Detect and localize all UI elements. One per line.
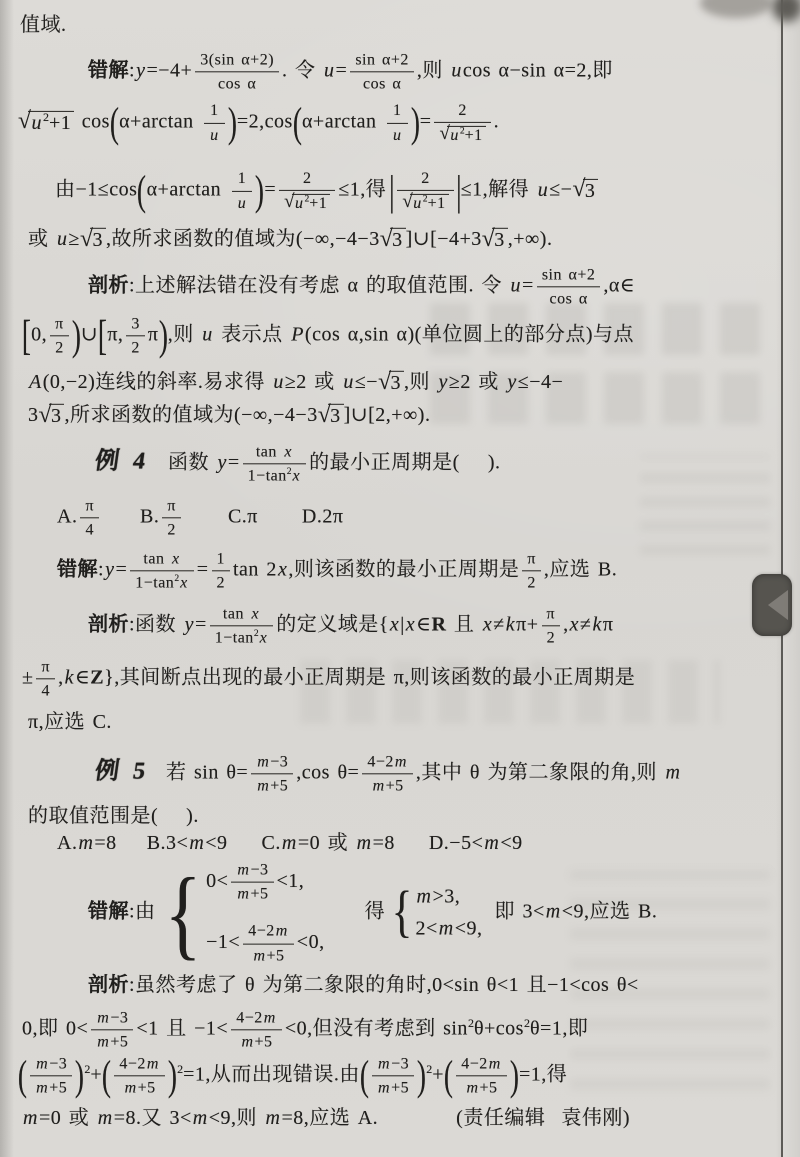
scan-smudge — [772, 0, 800, 22]
text-line: 剖析:虽然考虑了 θ 为第二象限的角时,0<sin θ<1 且−1<cos θ< — [88, 972, 639, 998]
text-line: 剖析:函数 y=tan x1−tan2x的定义域是{x|x∈R 且 x≠kπ+π… — [88, 602, 614, 649]
text-line: π,应选 C. — [28, 709, 112, 735]
text-line: 由−1≤cos(α+arctan 1u)=2√u2+1≤1,得|2√u2+1|≤… — [55, 167, 598, 215]
text-line: √u2+1 cos(α+arctan 1u)=2,cos(α+arctan 1u… — [18, 99, 499, 147]
text-line: 值域. — [20, 12, 67, 38]
text-line: 例 4函数 y=tan x1−tan2x的最小正周期是(). — [95, 440, 501, 487]
text-line: 3√3,所求函数的值域为(−∞,−4−3√3]∪[2,+∞). — [28, 402, 430, 428]
text-line: A.π4B.π2C.πD.2π — [57, 494, 343, 541]
text-line: [0,π2)∪[π,32π),则 u 表示点 P(cos α,sin α)(单位… — [22, 312, 634, 359]
text-line: 错解:y=tan x1−tan2x=12tan 2x,则该函数的最小正周期是π2… — [57, 547, 617, 594]
scan-smudge — [700, 0, 772, 18]
text-line: 或 u≥√3,故所求函数的值域为(−∞,−4−3√3]∪[−4+3√3,+∞). — [28, 226, 552, 252]
text-line: 的取值范围是(). — [28, 803, 199, 829]
scanned-textbook-page: 值域.错解:y=−4+3(sin α+2)cos α. 令 u=sin α+2c… — [0, 0, 800, 1157]
text-line: ±π4,k∈Z},其间断点出现的最小正周期是 π,则该函数的最小正周期是 — [22, 655, 635, 702]
text-line: 0,即 0<m−3m+5<1 且 −1<4−2mm+5<0,但没有考虑到 sin… — [22, 1006, 588, 1053]
text-line: m=0 或 m=8.又 3<m<9,则 m=8,应选 A.(责任编辑袁伟刚) — [22, 1105, 630, 1131]
text-line: (m−3m+5)2+(4−2mm+5)2=1,从而出现错误.由(m−3m+5)2… — [18, 1052, 567, 1099]
text-line: A(0,−2)连线的斜率.易求得 u≥2 或 u≤−√3,则 y≥2 或 y≤−… — [28, 369, 563, 395]
left-arrow-icon — [768, 590, 788, 620]
text-line: 错解:y=−4+3(sin α+2)cos α. 令 u=sin α+2cos … — [88, 48, 613, 95]
text-line: A.m=8B.3<m<9C.m=0 或 m=8D.−5<m<9 — [57, 830, 523, 856]
text-line: 剖析:上述解法错在没有考虑 α 的取值范围. 令 u=sin α+2cos α,… — [88, 263, 635, 310]
text-line: 例 5若 sin θ=m−3m+5,cos θ=4−2mm+5,其中 θ 为第二… — [95, 750, 681, 797]
showthrough-artifact — [640, 455, 770, 555]
page-edge-marker — [752, 574, 792, 636]
text-line: 错解:由{0<m−3m+5<1,−1<4−2mm+5<0,得{m>3,2<m<9… — [88, 859, 657, 968]
